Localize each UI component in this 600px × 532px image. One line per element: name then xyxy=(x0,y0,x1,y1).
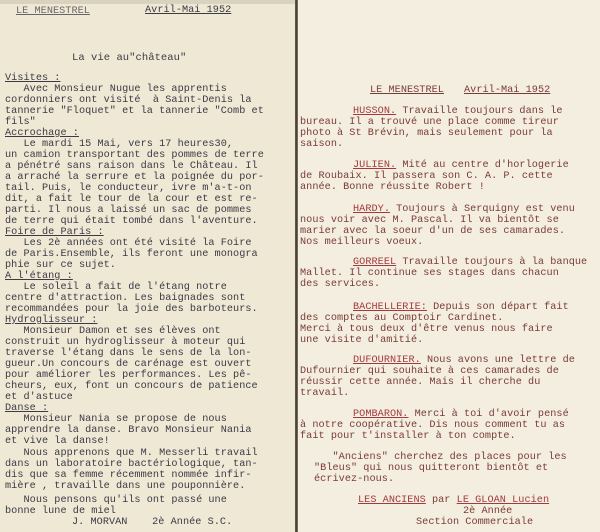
byline-by: par xyxy=(432,495,451,506)
text-line: de Paris.Ensemble, ils feront une monogr… xyxy=(5,249,258,260)
text-line: travail. xyxy=(300,388,349,399)
text-line: centre d'attraction. Les baignades sont xyxy=(5,293,245,304)
text-line: Mallet. Il continue ses stages dans chac… xyxy=(300,268,559,279)
entry-name: DUFOURNIER. xyxy=(353,355,421,366)
text-line: gueur.Un concours de carénage est ouvert xyxy=(5,359,252,370)
text-line: fils" xyxy=(5,117,36,128)
text-line: photo à St Brévin, mais seulement pour l… xyxy=(300,128,553,139)
entry-julien: JULIEN. Mité au centre d'horlogerie xyxy=(353,160,569,171)
text-line: Avec Monsieur Nugue les apprentis xyxy=(5,84,227,95)
signature: J. MORVAN 2è Année S.C. xyxy=(72,517,232,528)
entry-name: JULIEN. xyxy=(353,160,396,171)
text-line: Travaille toujours à la banque xyxy=(396,257,587,268)
text-line: un camion transportant des pommes de ter… xyxy=(5,150,264,161)
right-page: LE MENESTREL Avril-Mai 1952 HUSSON. Trav… xyxy=(298,0,600,532)
text-line: Depuis son départ fait xyxy=(427,302,569,313)
page-edge xyxy=(0,0,296,4)
text-line: de Roubaix. Il passera son C. A. P. cett… xyxy=(300,171,553,182)
text-line: recommandées pour la joie des barboteurs… xyxy=(5,304,258,315)
text-line: cheurs, eux, font un concours de patienc… xyxy=(5,381,258,392)
closing-line: "Anciens" cherchez des places pour les xyxy=(314,452,567,463)
text-line: saison. xyxy=(300,139,343,150)
newsletter-spread: LE MENESTREL Avril-Mai 1952 La vie au"ch… xyxy=(0,0,600,532)
text-line: Monsieur Damon et ses élèves ont xyxy=(5,326,221,337)
closing-line: "Bleus" qui nous quitteront bientôt et xyxy=(314,463,548,474)
text-line: des services. xyxy=(300,279,380,290)
entry-name: POMBARON. xyxy=(353,409,408,420)
text-line: dans un laboratoire bactériologique, tan… xyxy=(5,459,258,470)
text-line: année. Bonne réussite Robert ! xyxy=(300,182,485,193)
entry-name: HUSSON. xyxy=(353,106,396,117)
left-page: LE MENESTREL Avril-Mai 1952 La vie au"ch… xyxy=(0,0,296,532)
entry-pombaron: POMBARON. Merci à toi d'avoir pensé xyxy=(353,409,569,420)
section-heading-hydroglisseur: Hydroglisseur : xyxy=(5,315,97,326)
text-line: tail. Puis, le conducteur, ivre m'a-t-on xyxy=(5,183,252,194)
text-line: Les 2è années ont été visité la Foire xyxy=(5,238,252,249)
entry-name: BACHELLERIE: xyxy=(353,302,427,313)
text-line: Dufournier qui souhaite à ces camarades … xyxy=(300,366,559,377)
text-line: apprendre la danse. Bravo Monsieur Nania xyxy=(5,425,252,436)
text-line: fait pour t'installer à ton compte. xyxy=(300,431,516,442)
text-line: Travaille toujours dans le xyxy=(396,106,562,117)
text-line: et d'astuce xyxy=(5,392,73,403)
text-line: Nous avons une lettre de xyxy=(421,355,575,366)
text-line: Mité au centre d'horlogerie xyxy=(396,160,569,171)
text-line: des comptes au Comptoir Cardinet. xyxy=(300,313,503,324)
text-line: nous voir avec M. Pascal. Il va bientôt … xyxy=(300,215,559,226)
text-line: marier avec la soeur d'un de ses camarad… xyxy=(300,226,565,237)
entry-dufournier: DUFOURNIER. Nous avons une lettre de xyxy=(353,355,575,366)
entry-husson: HUSSON. Travaille toujours dans le xyxy=(353,106,563,117)
text-line: phie sur ce sujet. xyxy=(5,260,116,271)
text-line: Toujours à Serquigny est venu xyxy=(390,204,575,215)
text-line: traverse l'étang dans le sens de la lon- xyxy=(5,348,252,359)
right-header-publication: LE MENESTREL xyxy=(370,85,444,96)
entry-name: HARDY. xyxy=(353,204,390,215)
text-line: mière , travaille dans une pouponnière. xyxy=(5,481,245,492)
text-line: Le soleil a fait de l'étang notre xyxy=(5,282,227,293)
text-line: Merci à tous deux d'être venus nous fair… xyxy=(300,324,553,335)
article-title: La vie au"château" xyxy=(72,53,186,64)
entry-hardy: HARDY. Toujours à Serquigny est venu xyxy=(353,204,575,215)
text-line: cordonniers ont visité à Saint-Denis la xyxy=(5,95,252,106)
left-header-date: Avril-Mai 1952 xyxy=(145,5,231,16)
text-line: Nos meilleurs voeux. xyxy=(300,237,423,248)
text-line: construit un hydroglisseur à moteur qui xyxy=(5,337,245,348)
text-line: et vive la danse! xyxy=(5,436,110,447)
text-line: a arraché la serrure et la poignée du po… xyxy=(5,172,264,183)
entry-gorreel: GORREEL Travaille toujours à la banque xyxy=(353,257,587,268)
author-section: Section Commerciale xyxy=(416,517,533,528)
text-line: réussir cette année. Mais il cherche du xyxy=(300,377,540,388)
byline: LES ANCIENS par LE GLOAN Lucien xyxy=(358,495,549,506)
text-line: bonne lune de miel xyxy=(5,506,116,517)
entry-name: GORREEL xyxy=(353,257,396,268)
author-year: 2è Année xyxy=(463,506,512,517)
text-line: Nous apprenons que M. Messerli travail xyxy=(5,448,258,459)
text-line: tannerie "Floquet" et la tannerie "Comb … xyxy=(5,106,264,117)
text-line: une visite d'amitié. xyxy=(300,335,423,346)
text-line: parti. Il nous a laissé un sac de pommes xyxy=(5,205,252,216)
text-line: pour améliorer les performances. Les pê- xyxy=(5,370,252,381)
section-heading-visites: Visites : xyxy=(5,73,60,84)
text-line: dis que sa femme récemment nommée infir- xyxy=(5,470,252,481)
section-heading-etang: A l'étang : xyxy=(5,271,73,282)
entry-bachellerie: BACHELLERIE: Depuis son départ fait xyxy=(353,302,569,313)
text-line: Le mardi 15 Mai, vers 17 heures30, xyxy=(5,139,233,150)
text-line: bureau. Il a trouvé une place comme tire… xyxy=(300,117,559,128)
text-line: Monsieur Nania se propose de nous xyxy=(5,414,227,425)
section-heading-danse: Danse : xyxy=(5,403,48,414)
text-line: Merci à toi d'avoir pensé xyxy=(408,409,568,420)
text-line: dit, a fait le tour de la cour et est re… xyxy=(5,194,258,205)
left-header-publication: LE MENESTREL xyxy=(16,6,90,17)
section-heading-foire: Foire de Paris : xyxy=(5,227,104,238)
section-heading-accrochage: Accrochage : xyxy=(5,128,79,139)
text-line: a pénétré sans raison dans le Château. I… xyxy=(5,161,258,172)
author-name: LE GLOAN Lucien xyxy=(457,495,549,506)
text-line: de terre qui était tombé dans l'aventure… xyxy=(5,216,258,227)
right-header-date: Avril-Mai 1952 xyxy=(464,85,550,96)
column-name: LES ANCIENS xyxy=(358,495,426,506)
text-line: Nous pensons qu'ils ont passé une xyxy=(5,495,227,506)
text-line: à notre coopérative. Dis nous comment tu… xyxy=(300,420,565,431)
closing-line: écrivez-nous. xyxy=(314,474,394,485)
